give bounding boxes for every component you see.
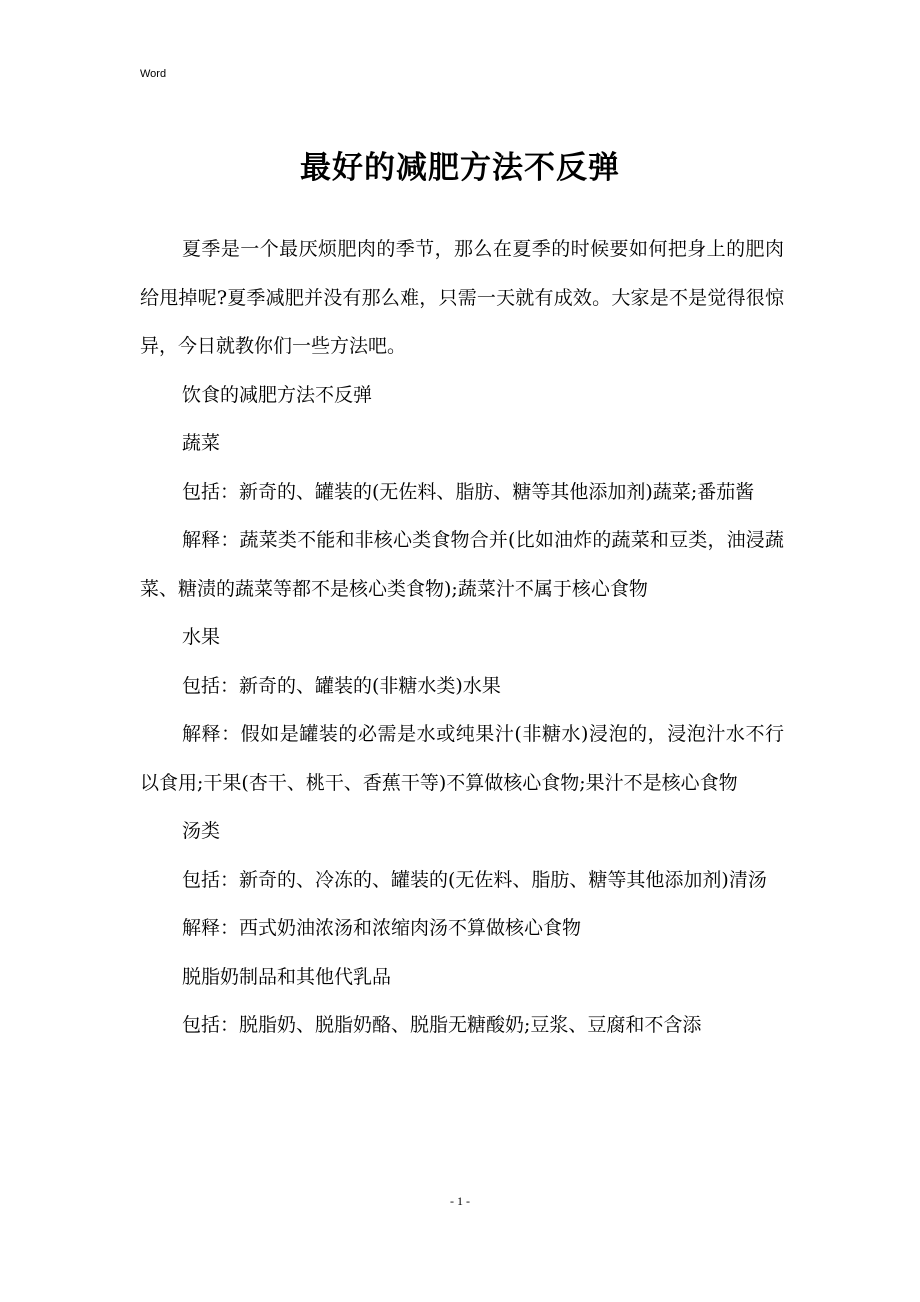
- document-body: 夏季是一个最厌烦肥肉的季节，那么在夏季的时候要如何把身上的肥肉给甩掉呢?夏季减肥…: [140, 225, 784, 1050]
- paragraph-soup-include: 包括：新奇的、冷冻的、罐装的(无佐料、脂肪、糖等其他添加剂)清汤: [140, 856, 784, 905]
- subheading-dairy: 脱脂奶制品和其他代乳品: [140, 953, 784, 1002]
- header-label: Word: [140, 68, 166, 80]
- paragraph-fruit-include: 包括：新奇的、罐装的(非糖水类)水果: [140, 662, 784, 711]
- subheading-vegetables: 蔬菜: [140, 419, 784, 468]
- paragraph-soup-explain: 解释：西式奶油浓汤和浓缩肉汤不算做核心食物: [140, 904, 784, 953]
- page-number: - 1 -: [0, 1194, 920, 1209]
- subheading-fruit: 水果: [140, 613, 784, 662]
- section-heading-diet: 饮食的减肥方法不反弹: [140, 371, 784, 420]
- subheading-soup: 汤类: [140, 807, 784, 856]
- paragraph-intro: 夏季是一个最厌烦肥肉的季节，那么在夏季的时候要如何把身上的肥肉给甩掉呢?夏季减肥…: [140, 225, 784, 371]
- paragraph-vegetables-include: 包括：新奇的、罐装的(无佐料、脂肪、糖等其他添加剂)蔬菜;番茄酱: [140, 468, 784, 517]
- paragraph-vegetables-explain: 解释：蔬菜类不能和非核心类食物合并(比如油炸的蔬菜和豆类，油浸蔬菜、糖渍的蔬菜等…: [140, 516, 784, 613]
- paragraph-fruit-explain: 解释：假如是罐装的必需是水或纯果汁(非糖水)浸泡的，浸泡汁水不行以食用;干果(杏…: [140, 710, 784, 807]
- paragraph-dairy-include: 包括：脱脂奶、脱脂奶酪、脱脂无糖酸奶;豆浆、豆腐和不含添: [140, 1001, 784, 1050]
- document-title: 最好的减肥方法不反弹: [0, 148, 920, 188]
